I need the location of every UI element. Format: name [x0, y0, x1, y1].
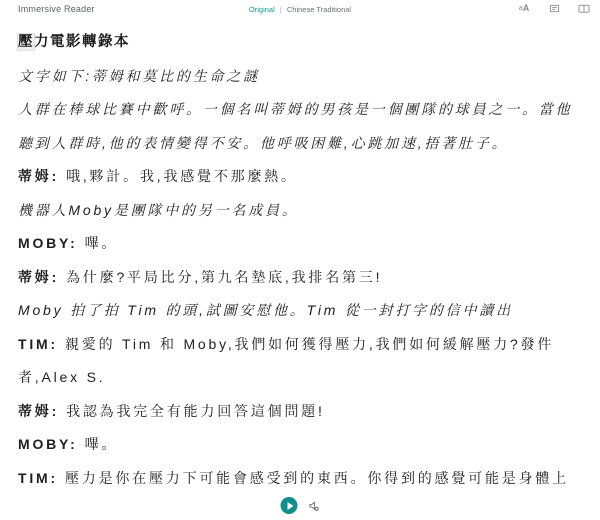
grammar-options-icon[interactable]	[548, 2, 560, 14]
paragraph-text: 哦,夥計。我,我感覺不那麼熱。	[66, 168, 298, 184]
language-original-button[interactable]: Original	[249, 5, 275, 14]
narration-paragraph: 人群在棒球比賽中歡呼。一個名叫蒂姆的男孩是一個團隊的球員之一。當他聽到人群時,他…	[18, 93, 582, 160]
highlighted-character: 壓	[18, 34, 34, 50]
text-preferences-large-a: A	[523, 3, 530, 13]
play-button[interactable]	[281, 497, 298, 514]
app-title: Immersive Reader	[18, 4, 95, 14]
dialogue-paragraph: 蒂姆:哦,夥計。我,我感覺不那麼熱。	[18, 160, 582, 194]
dialogue-paragraph: 蒂姆:為什麼?平局比分,第九名墊底,我排名第三!	[18, 261, 582, 295]
topbar: Immersive Reader Original | Chinese Trad…	[0, 0, 600, 21]
paragraph-text: 嗶。	[85, 436, 119, 452]
language-separator: |	[280, 5, 282, 14]
toolbar: aA	[518, 2, 590, 14]
speaker-label: MOBY:	[18, 436, 78, 452]
dialogue-paragraph: MOBY:嗶。	[18, 227, 582, 261]
paragraph-text: 為什麼?平局比分,第九名墊底,我排名第三!	[66, 269, 382, 285]
dialogue-paragraph: 蒂姆:我認為我完全有能力回答這個問題!	[18, 395, 582, 429]
transcript-paragraphs: 文字如下:蒂姆和莫比的生命之謎人群在棒球比賽中歡呼。一個名叫蒂姆的男孩是一個團隊…	[18, 60, 582, 496]
paragraph-text: 我認為我完全有能力回答這個問題!	[66, 403, 325, 419]
paragraph-text: Moby 拍了拍 Tim 的頭,試圖安慰他。Tim 從一封打字的信中讀出	[18, 302, 513, 318]
voice-settings-icon[interactable]	[307, 499, 320, 512]
narration-paragraph: 機器人Moby是團隊中的另一名成員。	[18, 194, 582, 228]
speaker-label: 蒂姆:	[18, 269, 59, 285]
document-body: 壓力電影轉錄本 文字如下:蒂姆和莫比的生命之謎人群在棒球比賽中歡呼。一個名叫蒂姆…	[0, 21, 600, 495]
speaker-label: TIM:	[18, 470, 58, 486]
dialogue-paragraph: TIM:壓力是你在壓力下可能會感受到的東西。你得到的感覺可能是身體上	[18, 462, 582, 496]
page-title-rest: 力電影轉錄本	[34, 34, 130, 50]
paragraph-text: 壓力是你在壓力下可能會感受到的東西。你得到的感覺可能是身體上	[65, 470, 569, 486]
language-toggle: Original | Chinese Traditional	[249, 5, 351, 14]
immersive-reader-window: Immersive Reader Original | Chinese Trad…	[0, 0, 600, 520]
reading-preferences-icon[interactable]	[578, 2, 590, 14]
paragraph-text: 嗶。	[85, 235, 119, 251]
speaker-label: 蒂姆:	[18, 168, 59, 184]
text-preferences-icon[interactable]: aA	[518, 2, 530, 14]
page-title: 壓力電影轉錄本	[18, 26, 582, 60]
speaker-label: 蒂姆:	[18, 403, 59, 419]
dialogue-paragraph: TIM:親愛的 Tim 和 Moby,我們如何獲得壓力,我們如何緩解壓力?發件者…	[18, 328, 582, 395]
playback-controls	[281, 497, 320, 514]
paragraph-text: 親愛的 Tim 和 Moby,我們如何獲得壓力,我們如何緩解壓力?發件者,Ale…	[18, 336, 554, 386]
paragraph-text: 機器人Moby是團隊中的另一名成員。	[18, 202, 299, 218]
speaker-label: MOBY:	[18, 235, 78, 251]
paragraph-text: 人群在棒球比賽中歡呼。一個名叫蒂姆的男孩是一個團隊的球員之一。當他聽到人群時,他…	[18, 101, 572, 151]
dialogue-paragraph: MOBY:嗶。	[18, 428, 582, 462]
narration-paragraph: Moby 拍了拍 Tim 的頭,試圖安慰他。Tim 從一封打字的信中讀出	[18, 294, 582, 328]
language-translated-button[interactable]: Chinese Traditional	[287, 5, 351, 14]
paragraph-text: 文字如下:蒂姆和莫比的生命之謎	[18, 68, 260, 84]
narration-paragraph: 文字如下:蒂姆和莫比的生命之謎	[18, 60, 582, 94]
play-icon	[287, 502, 293, 510]
speaker-label: TIM:	[18, 336, 58, 352]
